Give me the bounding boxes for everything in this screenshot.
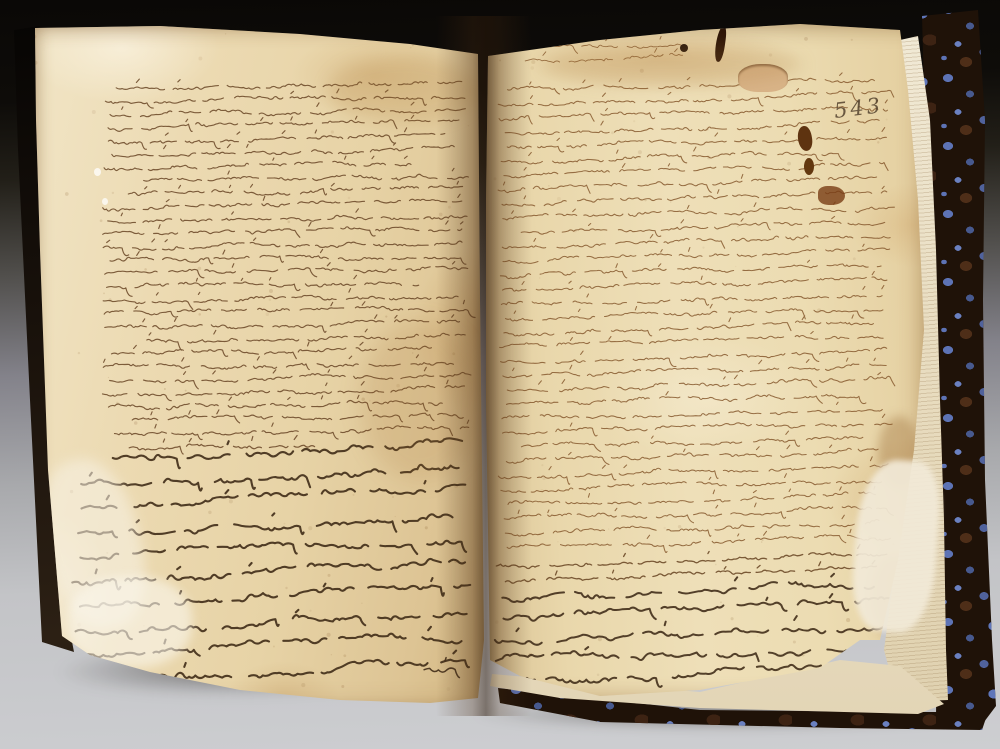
manuscript-photograph: 543: [0, 0, 1000, 749]
handwriting-left: [30, 20, 490, 710]
left-page: [30, 20, 490, 710]
